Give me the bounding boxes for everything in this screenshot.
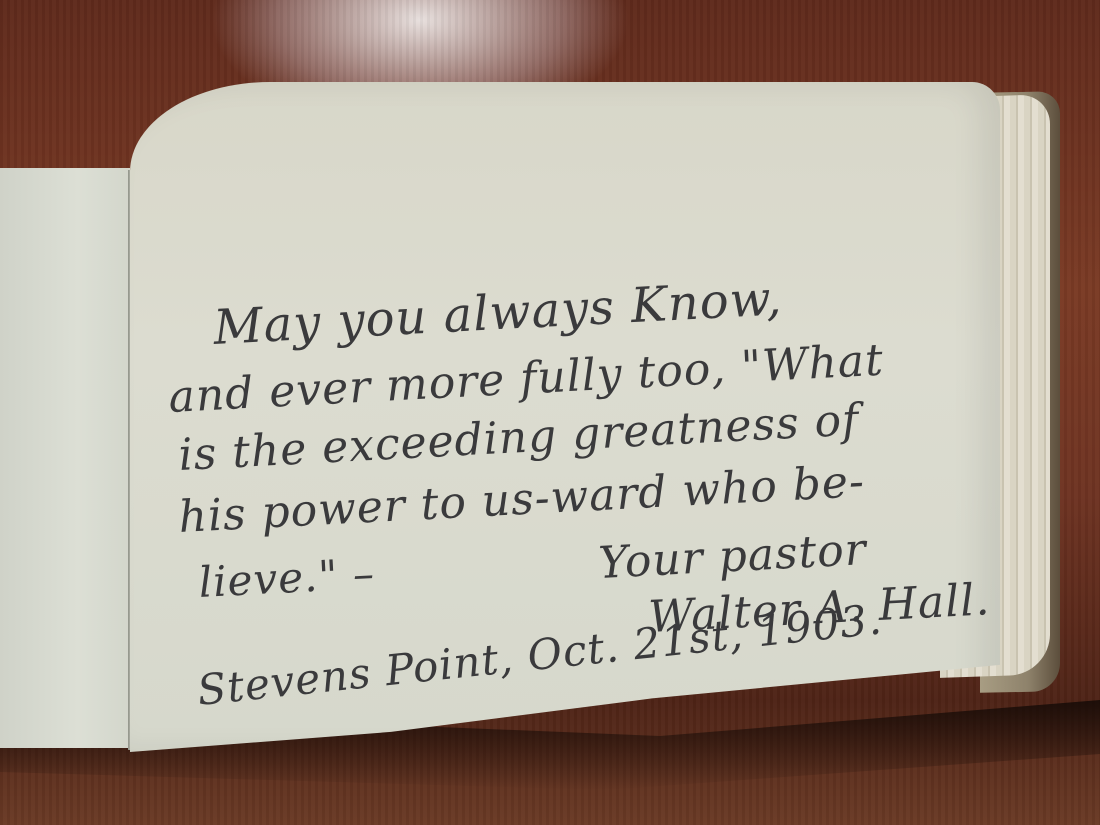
inscription-line-5: lieve." – (197, 549, 376, 607)
left-page-blank (0, 168, 130, 748)
